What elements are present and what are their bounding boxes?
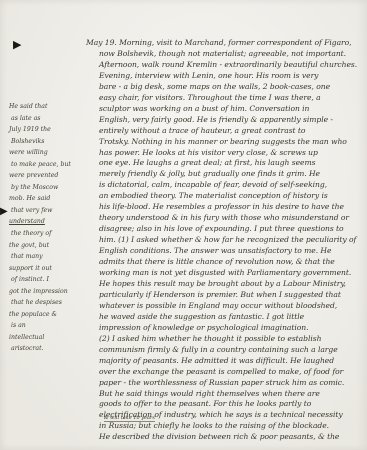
diary-text-line: communism firmly & fully in a country co…: [86, 345, 364, 356]
margin-note-line: to make peace, but: [9, 159, 81, 171]
margin-note-line: that very few: [9, 205, 81, 217]
margin-annotation: He said thatas late asJuly 1919 theBolsh…: [9, 101, 81, 355]
diary-text-line: (2) I asked him whether he thought it po…: [86, 334, 364, 345]
diary-text-line: is dictatorial, calm, incapable of fear,…: [86, 180, 364, 191]
diary-text-line: now Bolshevik, though not materialist; a…: [86, 49, 364, 60]
diary-text-line: his life-blood. He resembles a professor…: [86, 202, 364, 213]
diary-text-line: easy chair, for visitors. Throughout the…: [86, 93, 364, 104]
diary-text-line: whatever is possible in England may occu…: [86, 301, 364, 312]
diary-text-line: working man is not yet disgusted with Pa…: [86, 268, 364, 279]
diary-text-line: Afternoon, walk round Kremlin - extraord…: [86, 60, 364, 71]
margin-note-line: the theory of: [9, 228, 81, 240]
diary-text-line: He described the division between rich &…: [86, 432, 364, 443]
diary-text-line: impression of knowledge or psychological…: [86, 323, 364, 334]
diary-text-line: in Russia; but chiefly he looks to the r…: [86, 421, 364, 432]
margin-note-line: Bolsheviks: [9, 136, 81, 148]
margin-note-line: the govt, but: [9, 240, 81, 252]
margin-note-line: were prevented: [9, 170, 81, 182]
diary-text-line: Evening, interview with Lenin, one hour.…: [86, 71, 364, 82]
margin-note-line: understand: [9, 216, 81, 228]
manuscript-page: ▶ ▶ He said thatas late asJuly 1919 theB…: [0, 0, 367, 450]
diary-text-line: particularly if Henderson is premier. Bu…: [86, 290, 364, 301]
diary-text-line: one eye. He laughs a great deal; at firs…: [86, 158, 364, 169]
diary-text-line: he waved aside the suggestion as fantast…: [86, 312, 364, 323]
diary-text-line: sculptor was working on a bust of him. C…: [86, 104, 364, 115]
margin-note-line: were willing: [9, 147, 81, 159]
diary-text-line: Trotsky. Nothing in his manner or bearin…: [86, 137, 364, 148]
margin-note-line: intellectual: [9, 332, 81, 344]
margin-note-line: mob. He said: [9, 193, 81, 205]
diary-text-line: paper - the worthlessness of Russian pap…: [86, 378, 364, 389]
diary-text-line: He hopes this result may be brought abou…: [86, 279, 364, 290]
margin-note-line: July 1919 the: [9, 124, 81, 136]
diary-text-line: disagree; also in his love of expounding…: [86, 224, 364, 235]
margin-note-line: support it out: [9, 263, 81, 275]
diary-text-line: But he said things would right themselve…: [86, 389, 364, 400]
diary-text-line: majority of peasants. He admitted it was…: [86, 356, 364, 367]
insertion-triangle-icon: ▶: [13, 39, 21, 50]
diary-text-line: admits that there is little chance of re…: [86, 257, 364, 268]
diary-text-line: him. (1) I asked whether & how far he re…: [86, 235, 364, 246]
margin-note-line: the populace &: [9, 309, 81, 321]
interlinear-insertion: & will take 10 years: [104, 415, 155, 422]
diary-text-line: has power. He looks at his visitor very …: [86, 148, 364, 159]
diary-text-line: over the exchange the peasant is compell…: [86, 367, 364, 378]
diary-text-line: goods to offer to the peasant. For this …: [86, 399, 364, 410]
diary-text-line: theory understood & in his fury with tho…: [86, 213, 364, 224]
diary-text-line: May 19. Morning, visit to Marchand, form…: [86, 38, 364, 49]
diary-text-line: English, very fairly good. He is friendl…: [86, 115, 364, 126]
margin-note-line: of instinct. I: [9, 274, 81, 286]
insertion-triangle-icon: ▶: [0, 207, 8, 217]
margin-note-line: by the Moscow: [9, 182, 81, 194]
diary-text-line: merely friendly & jolly, but gradually o…: [86, 169, 364, 180]
diary-text-line: bare - a big desk, some maps on the wall…: [86, 82, 364, 93]
margin-note-line: got the impression: [9, 286, 81, 298]
margin-note-line: as late as: [9, 113, 81, 125]
diary-text-line: entirely without a trace of hauteur, a g…: [86, 126, 364, 137]
diary-entry-text: May 19. Morning, visit to Marchand, form…: [86, 38, 364, 443]
diary-text-line: English conditions. The answer was unsat…: [86, 246, 364, 257]
margin-note-line: is an: [9, 320, 81, 332]
diary-text-line: an embodied theory. The materialist conc…: [86, 191, 364, 202]
margin-note-line: He said that: [9, 101, 81, 113]
margin-note-line: that he despises: [9, 297, 81, 309]
margin-note-line: aristocrat.: [9, 343, 81, 355]
margin-note-line: that many: [9, 251, 81, 263]
